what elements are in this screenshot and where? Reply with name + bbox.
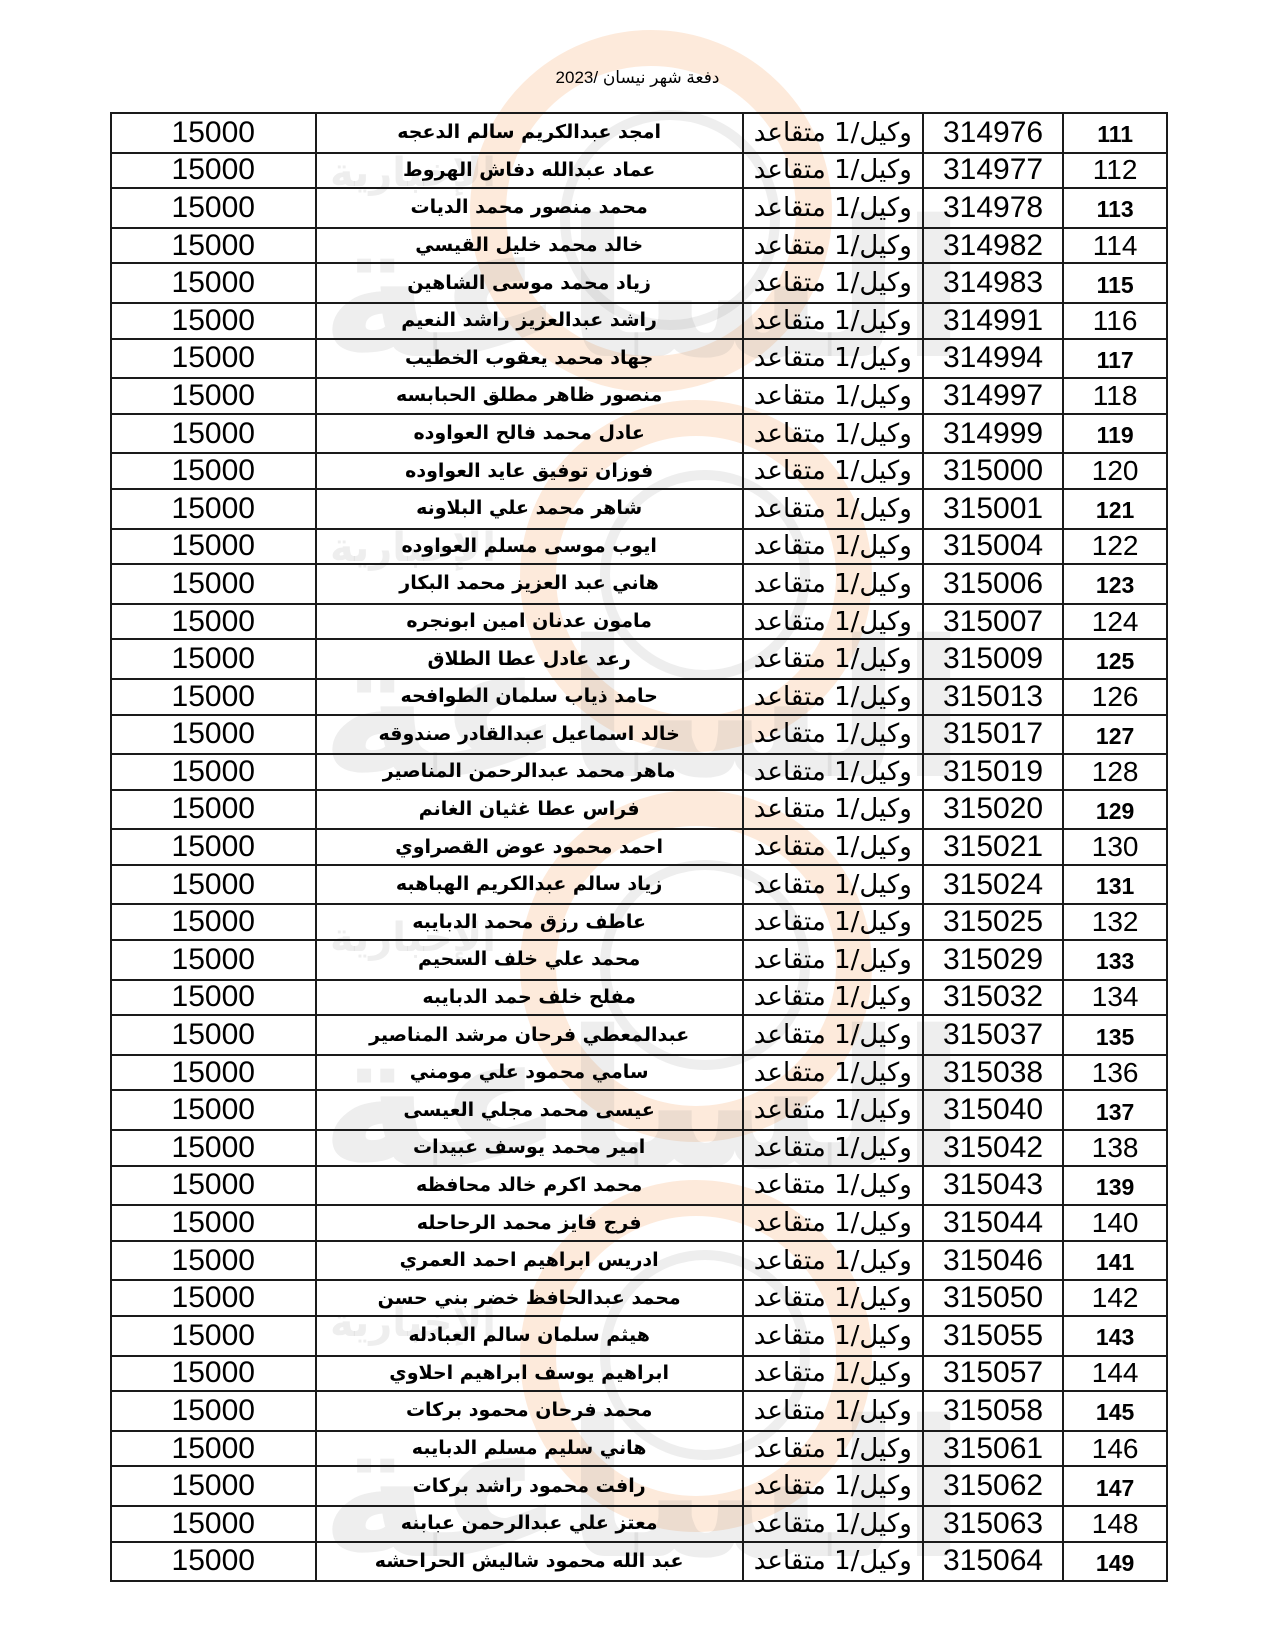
name-cell: رعد عادل عطا الطلاق <box>316 639 743 679</box>
category-cell: وكيل/1 متقاعد <box>743 639 923 679</box>
serial-cell: 126 <box>1063 679 1167 715</box>
amount-cell: 15000 <box>111 1015 316 1055</box>
amount-cell: 15000 <box>111 188 316 228</box>
category-cell: وكيل/1 متقاعد <box>743 1316 923 1356</box>
id-cell: 315058 <box>923 1391 1063 1431</box>
serial-cell: 116 <box>1063 303 1167 339</box>
amount-cell: 15000 <box>111 904 316 940</box>
serial-cell: 129 <box>1063 790 1167 830</box>
table-row: 146315061وكيل/1 متقاعدهاني سليم مسلم الد… <box>111 1431 1167 1467</box>
category-cell: وكيل/1 متقاعد <box>743 1466 923 1506</box>
name-cell: محمد منصور محمد الديات <box>316 188 743 228</box>
name-cell: جهاد محمد يعقوب الخطيب <box>316 339 743 379</box>
serial-cell: 143 <box>1063 1316 1167 1356</box>
serial-cell: 119 <box>1063 414 1167 454</box>
id-cell: 315038 <box>923 1055 1063 1091</box>
table-row: 124315007وكيل/1 متقاعدمامون عدنان امين ا… <box>111 604 1167 640</box>
category-cell: وكيل/1 متقاعد <box>743 1090 923 1130</box>
id-cell: 315037 <box>923 1015 1063 1055</box>
id-cell: 315064 <box>923 1542 1063 1582</box>
table-row: 147315062وكيل/1 متقاعدرافت محمود راشد بر… <box>111 1466 1167 1506</box>
serial-cell: 138 <box>1063 1130 1167 1166</box>
name-cell: محمد علي خلف السحيم <box>316 940 743 980</box>
category-cell: وكيل/1 متقاعد <box>743 715 923 755</box>
category-cell: وكيل/1 متقاعد <box>743 113 923 153</box>
id-cell: 315050 <box>923 1280 1063 1316</box>
id-cell: 314997 <box>923 378 1063 414</box>
id-cell: 315046 <box>923 1241 1063 1281</box>
category-cell: وكيل/1 متقاعد <box>743 980 923 1016</box>
serial-cell: 147 <box>1063 1466 1167 1506</box>
amount-cell: 15000 <box>111 113 316 153</box>
amount-cell: 15000 <box>111 1466 316 1506</box>
table-row: 128315019وكيل/1 متقاعدماهر محمد عبدالرحم… <box>111 754 1167 790</box>
name-cell: عبد الله محمود شاليش الحراحشه <box>316 1542 743 1582</box>
category-cell: وكيل/1 متقاعد <box>743 228 923 264</box>
amount-cell: 15000 <box>111 1090 316 1130</box>
id-cell: 315057 <box>923 1356 1063 1392</box>
amount-cell: 15000 <box>111 639 316 679</box>
name-cell: معتز علي عبدالرحمن عبابنه <box>316 1506 743 1542</box>
id-cell: 314999 <box>923 414 1063 454</box>
category-cell: وكيل/1 متقاعد <box>743 604 923 640</box>
id-cell: 314994 <box>923 339 1063 379</box>
serial-cell: 141 <box>1063 1241 1167 1281</box>
id-cell: 315021 <box>923 829 1063 865</box>
amount-cell: 15000 <box>111 1205 316 1241</box>
name-cell: زياد محمد موسى الشاهين <box>316 263 743 303</box>
serial-cell: 130 <box>1063 829 1167 865</box>
table-row: 145315058وكيل/1 متقاعدمحمد فرحان محمود ب… <box>111 1391 1167 1431</box>
serial-cell: 121 <box>1063 489 1167 529</box>
amount-cell: 15000 <box>111 378 316 414</box>
table-row: 138315042وكيل/1 متقاعدامير محمد يوسف عبي… <box>111 1130 1167 1166</box>
serial-cell: 132 <box>1063 904 1167 940</box>
table-row: 135315037وكيل/1 متقاعدعبدالمعطي فرحان مر… <box>111 1015 1167 1055</box>
serial-cell: 124 <box>1063 604 1167 640</box>
serial-cell: 135 <box>1063 1015 1167 1055</box>
name-cell: محمد فرحان محمود بركات <box>316 1391 743 1431</box>
name-cell: عبدالمعطي فرحان مرشد المناصير <box>316 1015 743 1055</box>
amount-cell: 15000 <box>111 1130 316 1166</box>
serial-cell: 146 <box>1063 1431 1167 1467</box>
amount-cell: 15000 <box>111 303 316 339</box>
amount-cell: 15000 <box>111 790 316 830</box>
amount-cell: 15000 <box>111 1316 316 1356</box>
table-row: 125315009وكيل/1 متقاعدرعد عادل عطا الطلا… <box>111 639 1167 679</box>
id-cell: 315040 <box>923 1090 1063 1130</box>
name-cell: ادريس ابراهيم احمد العمري <box>316 1241 743 1281</box>
serial-cell: 118 <box>1063 378 1167 414</box>
serial-cell: 133 <box>1063 940 1167 980</box>
id-cell: 315009 <box>923 639 1063 679</box>
table-row: 144315057وكيل/1 متقاعدابراهيم يوسف ابراه… <box>111 1356 1167 1392</box>
table-row: 114314982وكيل/1 متقاعدخالد محمد خليل الق… <box>111 228 1167 264</box>
table-row: 136315038وكيل/1 متقاعدسامي محمود علي موم… <box>111 1055 1167 1091</box>
id-cell: 315006 <box>923 564 1063 604</box>
table-row: 117314994وكيل/1 متقاعدجهاد محمد يعقوب ال… <box>111 339 1167 379</box>
amount-cell: 15000 <box>111 604 316 640</box>
name-cell: شاهر محمد علي البلاونه <box>316 489 743 529</box>
amount-cell: 15000 <box>111 564 316 604</box>
id-cell: 314978 <box>923 188 1063 228</box>
amount-cell: 15000 <box>111 679 316 715</box>
category-cell: وكيل/1 متقاعد <box>743 754 923 790</box>
table-row: 123315006وكيل/1 متقاعدهاني عبد العزيز مح… <box>111 564 1167 604</box>
id-cell: 315042 <box>923 1130 1063 1166</box>
table-row: 126315013وكيل/1 متقاعدحامد ذياب سلمان ال… <box>111 679 1167 715</box>
name-cell: هيثم سلمان سالم العبادله <box>316 1316 743 1356</box>
serial-cell: 145 <box>1063 1391 1167 1431</box>
id-cell: 315017 <box>923 715 1063 755</box>
name-cell: امجد عبدالكريم سالم الدعجه <box>316 113 743 153</box>
id-cell: 315063 <box>923 1506 1063 1542</box>
table-row: 131315024وكيل/1 متقاعدزياد سالم عبدالكري… <box>111 865 1167 905</box>
name-cell: عادل محمد فالح العواوده <box>316 414 743 454</box>
amount-cell: 15000 <box>111 1356 316 1392</box>
id-cell: 315024 <box>923 865 1063 905</box>
name-cell: خالد محمد خليل القيسي <box>316 228 743 264</box>
name-cell: عاطف رزق محمد الدبايبه <box>316 904 743 940</box>
name-cell: حامد ذياب سلمان الطوافحه <box>316 679 743 715</box>
category-cell: وكيل/1 متقاعد <box>743 303 923 339</box>
name-cell: فراس عطا غثيان الغانم <box>316 790 743 830</box>
serial-cell: 140 <box>1063 1205 1167 1241</box>
table-row: 116314991وكيل/1 متقاعدراشد عبدالعزيز راش… <box>111 303 1167 339</box>
amount-cell: 15000 <box>111 1542 316 1582</box>
page-title: دفعة شهر نيسان /2023 <box>0 68 1275 88</box>
category-cell: وكيل/1 متقاعد <box>743 153 923 189</box>
name-cell: مفلح خلف حمد الدبايبه <box>316 980 743 1016</box>
name-cell: احمد محمود عوض القصراوي <box>316 829 743 865</box>
serial-cell: 117 <box>1063 339 1167 379</box>
serial-cell: 127 <box>1063 715 1167 755</box>
category-cell: وكيل/1 متقاعد <box>743 453 923 489</box>
id-cell: 314977 <box>923 153 1063 189</box>
table-row: 112314977وكيل/1 متقاعدعماد عبدالله دفاش … <box>111 153 1167 189</box>
category-cell: وكيل/1 متقاعد <box>743 1542 923 1582</box>
category-cell: وكيل/1 متقاعد <box>743 378 923 414</box>
amount-cell: 15000 <box>111 1506 316 1542</box>
table-row: 129315020وكيل/1 متقاعدفراس عطا غثيان الغ… <box>111 790 1167 830</box>
amount-cell: 15000 <box>111 414 316 454</box>
category-cell: وكيل/1 متقاعد <box>743 1055 923 1091</box>
amount-cell: 15000 <box>111 339 316 379</box>
name-cell: مامون عدنان امين ابونجره <box>316 604 743 640</box>
table-row: 137315040وكيل/1 متقاعدعيسى محمد مجلي الع… <box>111 1090 1167 1130</box>
category-cell: وكيل/1 متقاعد <box>743 1506 923 1542</box>
serial-cell: 122 <box>1063 529 1167 565</box>
serial-cell: 113 <box>1063 188 1167 228</box>
amount-cell: 15000 <box>111 263 316 303</box>
name-cell: سامي محمود علي مومني <box>316 1055 743 1091</box>
category-cell: وكيل/1 متقاعد <box>743 414 923 454</box>
amount-cell: 15000 <box>111 980 316 1016</box>
name-cell: فرج فايز محمد الرحاحله <box>316 1205 743 1241</box>
category-cell: وكيل/1 متقاعد <box>743 1391 923 1431</box>
category-cell: وكيل/1 متقاعد <box>743 1280 923 1316</box>
table-row: 115314983وكيل/1 متقاعدزياد محمد موسى الش… <box>111 263 1167 303</box>
name-cell: منصور ظاهر مطلق الحبابسه <box>316 378 743 414</box>
amount-cell: 15000 <box>111 1280 316 1316</box>
name-cell: راشد عبدالعزيز راشد النعيم <box>316 303 743 339</box>
category-cell: وكيل/1 متقاعد <box>743 940 923 980</box>
table-row: 122315004وكيل/1 متقاعدايوب موسى مسلم الع… <box>111 529 1167 565</box>
serial-cell: 137 <box>1063 1090 1167 1130</box>
amount-cell: 15000 <box>111 1431 316 1467</box>
category-cell: وكيل/1 متقاعد <box>743 1431 923 1467</box>
table-row: 149315064وكيل/1 متقاعدعبد الله محمود شال… <box>111 1542 1167 1582</box>
table-row: 113314978وكيل/1 متقاعدمحمد منصور محمد ال… <box>111 188 1167 228</box>
id-cell: 315000 <box>923 453 1063 489</box>
serial-cell: 136 <box>1063 1055 1167 1091</box>
amount-cell: 15000 <box>111 1391 316 1431</box>
id-cell: 314991 <box>923 303 1063 339</box>
id-cell: 315061 <box>923 1431 1063 1467</box>
category-cell: وكيل/1 متقاعد <box>743 790 923 830</box>
id-cell: 314976 <box>923 113 1063 153</box>
id-cell: 315020 <box>923 790 1063 830</box>
name-cell: عيسى محمد مجلي العيسى <box>316 1090 743 1130</box>
id-cell: 315001 <box>923 489 1063 529</box>
category-cell: وكيل/1 متقاعد <box>743 1356 923 1392</box>
category-cell: وكيل/1 متقاعد <box>743 904 923 940</box>
table-row: 127315017وكيل/1 متقاعدخالد اسماعيل عبدال… <box>111 715 1167 755</box>
category-cell: وكيل/1 متقاعد <box>743 188 923 228</box>
serial-cell: 115 <box>1063 263 1167 303</box>
payments-table: 111314976وكيل/1 متقاعدامجد عبدالكريم سال… <box>110 112 1168 1582</box>
serial-cell: 131 <box>1063 865 1167 905</box>
table-row: 139315043وكيل/1 متقاعدمحمد اكرم خالد محا… <box>111 1166 1167 1206</box>
id-cell: 315025 <box>923 904 1063 940</box>
serial-cell: 123 <box>1063 564 1167 604</box>
serial-cell: 111 <box>1063 113 1167 153</box>
id-cell: 315019 <box>923 754 1063 790</box>
table-row: 141315046وكيل/1 متقاعدادريس ابراهيم احمد… <box>111 1241 1167 1281</box>
name-cell: زياد سالم عبدالكريم الهباهبه <box>316 865 743 905</box>
name-cell: ايوب موسى مسلم العواوده <box>316 529 743 565</box>
id-cell: 315055 <box>923 1316 1063 1356</box>
id-cell: 315007 <box>923 604 1063 640</box>
id-cell: 315062 <box>923 1466 1063 1506</box>
name-cell: هاني سليم مسلم الدبايبه <box>316 1431 743 1467</box>
category-cell: وكيل/1 متقاعد <box>743 339 923 379</box>
amount-cell: 15000 <box>111 153 316 189</box>
serial-cell: 128 <box>1063 754 1167 790</box>
serial-cell: 134 <box>1063 980 1167 1016</box>
id-cell: 315032 <box>923 980 1063 1016</box>
category-cell: وكيل/1 متقاعد <box>743 263 923 303</box>
amount-cell: 15000 <box>111 489 316 529</box>
serial-cell: 142 <box>1063 1280 1167 1316</box>
table-row: 120315000وكيل/1 متقاعدفوزان توفيق عايد ا… <box>111 453 1167 489</box>
serial-cell: 112 <box>1063 153 1167 189</box>
id-cell: 314983 <box>923 263 1063 303</box>
amount-cell: 15000 <box>111 1241 316 1281</box>
category-cell: وكيل/1 متقاعد <box>743 865 923 905</box>
table-row: 142315050وكيل/1 متقاعدمحمد عبدالحافظ خضر… <box>111 1280 1167 1316</box>
amount-cell: 15000 <box>111 754 316 790</box>
category-cell: وكيل/1 متقاعد <box>743 829 923 865</box>
id-cell: 315043 <box>923 1166 1063 1206</box>
serial-cell: 148 <box>1063 1506 1167 1542</box>
id-cell: 315004 <box>923 529 1063 565</box>
category-cell: وكيل/1 متقاعد <box>743 489 923 529</box>
serial-cell: 114 <box>1063 228 1167 264</box>
name-cell: ماهر محمد عبدالرحمن المناصير <box>316 754 743 790</box>
id-cell: 314982 <box>923 228 1063 264</box>
id-cell: 315029 <box>923 940 1063 980</box>
category-cell: وكيل/1 متقاعد <box>743 1241 923 1281</box>
table-row: 143315055وكيل/1 متقاعدهيثم سلمان سالم ال… <box>111 1316 1167 1356</box>
amount-cell: 15000 <box>111 715 316 755</box>
id-cell: 315044 <box>923 1205 1063 1241</box>
id-cell: 315013 <box>923 679 1063 715</box>
table-row: 121315001وكيل/1 متقاعدشاهر محمد علي البل… <box>111 489 1167 529</box>
serial-cell: 139 <box>1063 1166 1167 1206</box>
name-cell: محمد عبدالحافظ خضر بني حسن <box>316 1280 743 1316</box>
name-cell: خالد اسماعيل عبدالقادر صندوقه <box>316 715 743 755</box>
category-cell: وكيل/1 متقاعد <box>743 564 923 604</box>
name-cell: امير محمد يوسف عبيدات <box>316 1130 743 1166</box>
table-row: 130315021وكيل/1 متقاعداحمد محمود عوض الق… <box>111 829 1167 865</box>
table-row: 140315044وكيل/1 متقاعدفرج فايز محمد الرح… <box>111 1205 1167 1241</box>
table-row: 148315063وكيل/1 متقاعدمعتز علي عبدالرحمن… <box>111 1506 1167 1542</box>
name-cell: هاني عبد العزيز محمد البكار <box>316 564 743 604</box>
name-cell: عماد عبدالله دفاش الهروط <box>316 153 743 189</box>
category-cell: وكيل/1 متقاعد <box>743 1015 923 1055</box>
payments-table-body: 111314976وكيل/1 متقاعدامجد عبدالكريم سال… <box>111 113 1167 1581</box>
amount-cell: 15000 <box>111 865 316 905</box>
name-cell: ابراهيم يوسف ابراهيم احلاوي <box>316 1356 743 1392</box>
table-row: 133315029وكيل/1 متقاعدمحمد علي خلف السحي… <box>111 940 1167 980</box>
serial-cell: 125 <box>1063 639 1167 679</box>
table-row: 111314976وكيل/1 متقاعدامجد عبدالكريم سال… <box>111 113 1167 153</box>
amount-cell: 15000 <box>111 829 316 865</box>
table-row: 119314999وكيل/1 متقاعدعادل محمد فالح الع… <box>111 414 1167 454</box>
category-cell: وكيل/1 متقاعد <box>743 679 923 715</box>
amount-cell: 15000 <box>111 453 316 489</box>
amount-cell: 15000 <box>111 940 316 980</box>
serial-cell: 144 <box>1063 1356 1167 1392</box>
table-row: 134315032وكيل/1 متقاعدمفلح خلف حمد الدبا… <box>111 980 1167 1016</box>
table-row: 118314997وكيل/1 متقاعدمنصور ظاهر مطلق ال… <box>111 378 1167 414</box>
category-cell: وكيل/1 متقاعد <box>743 1130 923 1166</box>
amount-cell: 15000 <box>111 1055 316 1091</box>
category-cell: وكيل/1 متقاعد <box>743 1166 923 1206</box>
category-cell: وكيل/1 متقاعد <box>743 1205 923 1241</box>
amount-cell: 15000 <box>111 228 316 264</box>
category-cell: وكيل/1 متقاعد <box>743 529 923 565</box>
amount-cell: 15000 <box>111 529 316 565</box>
table-row: 132315025وكيل/1 متقاعدعاطف رزق محمد الدب… <box>111 904 1167 940</box>
amount-cell: 15000 <box>111 1166 316 1206</box>
serial-cell: 120 <box>1063 453 1167 489</box>
name-cell: فوزان توفيق عايد العواوده <box>316 453 743 489</box>
name-cell: رافت محمود راشد بركات <box>316 1466 743 1506</box>
name-cell: محمد اكرم خالد محافظه <box>316 1166 743 1206</box>
serial-cell: 149 <box>1063 1542 1167 1582</box>
